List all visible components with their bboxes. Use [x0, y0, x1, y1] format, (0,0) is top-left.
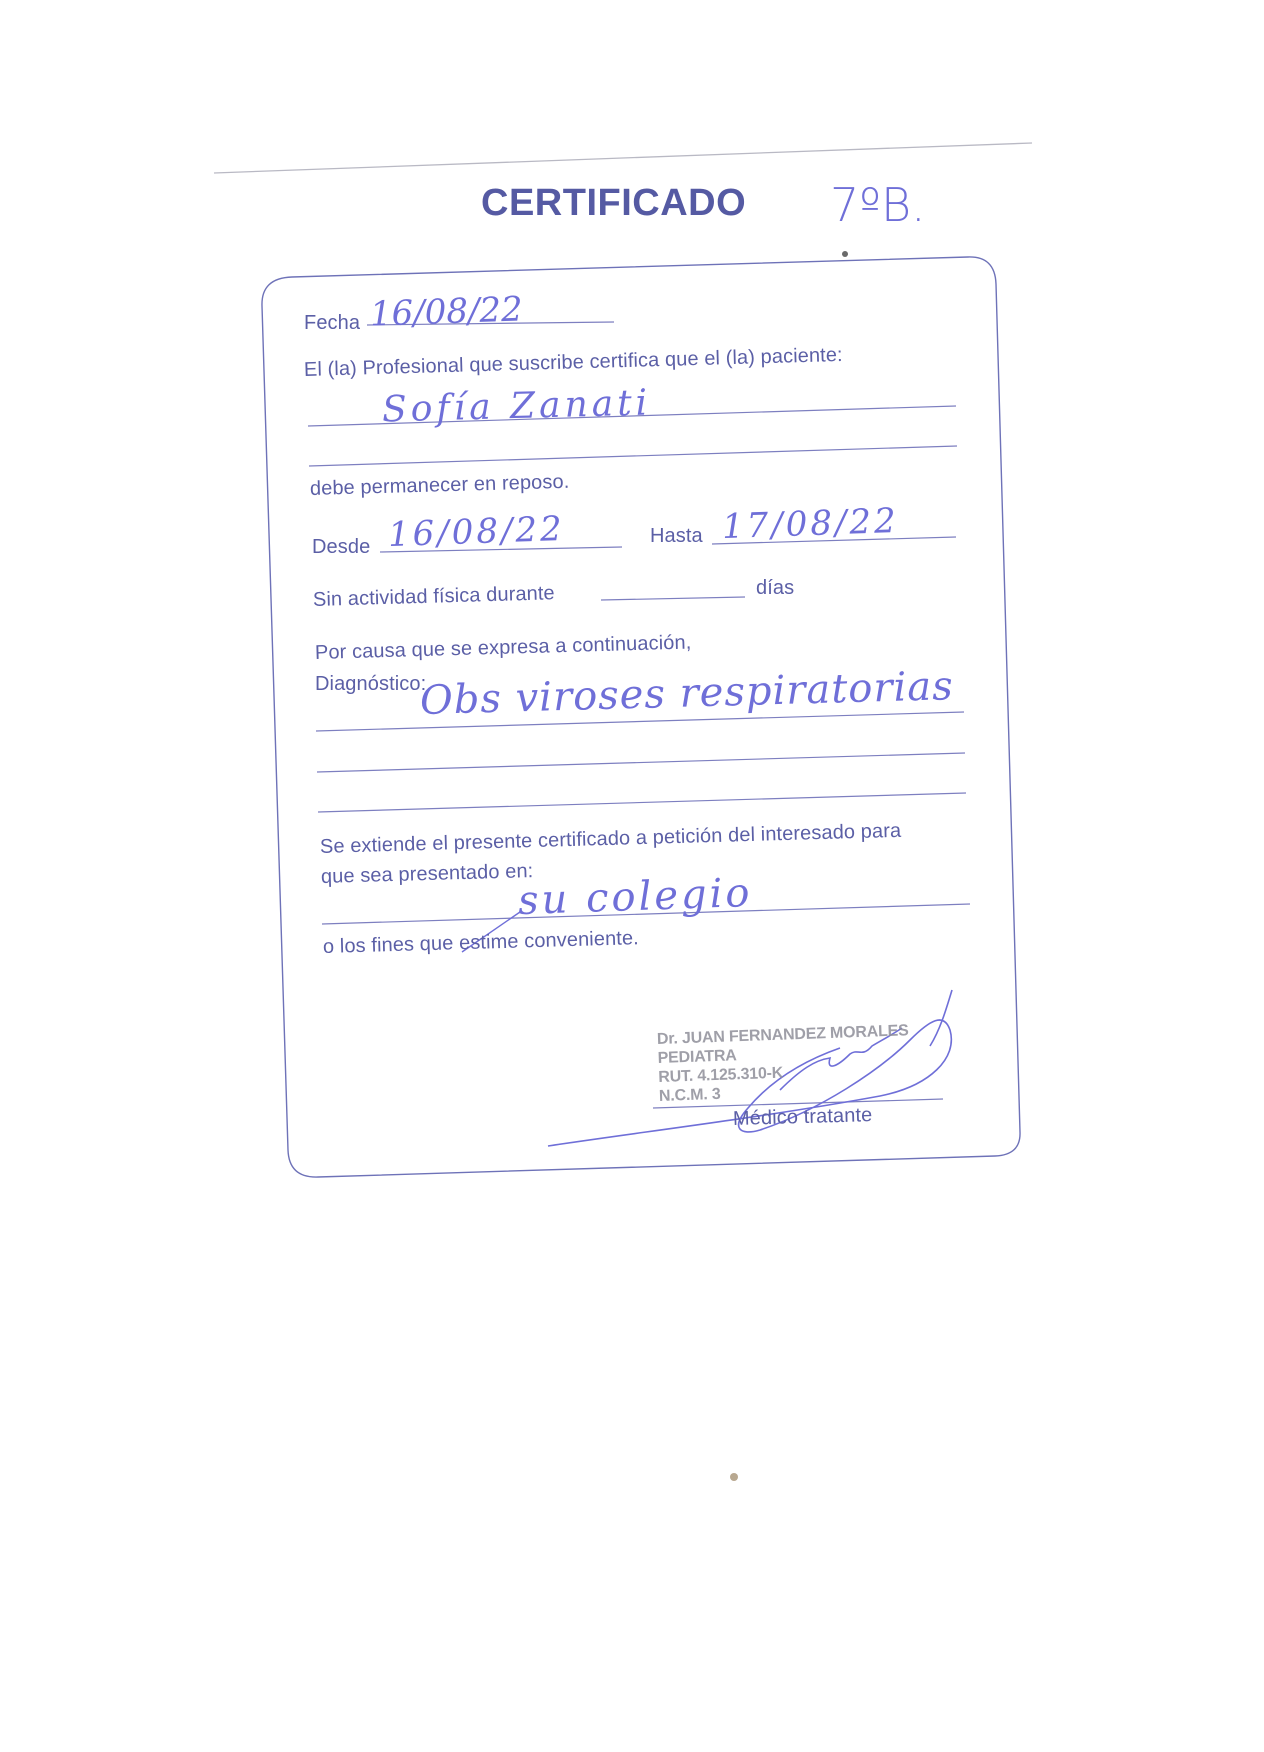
cut-line — [214, 143, 1032, 173]
hasta-value[interactable]: 17/08/22 — [721, 501, 899, 547]
patient-name[interactable]: Sofía Zanati — [382, 382, 652, 430]
desde-value[interactable]: 16/08/22 — [387, 509, 565, 555]
diagnostico-line-2 — [317, 753, 965, 772]
stray-mark — [730, 1473, 738, 1481]
presentado-en-value[interactable]: su colegio — [517, 870, 753, 924]
margin-note: 7ºB. — [830, 178, 926, 232]
sin-actividad-line — [601, 597, 745, 600]
page-title: CERTIFICADO — [481, 182, 746, 225]
doctor-stamp: Dr. JUAN FERNANDEZ MORALES PEDIATRA RUT.… — [657, 1021, 911, 1106]
hasta-label: Hasta — [650, 525, 703, 548]
dias-label: días — [756, 577, 794, 600]
desde-label: Desde — [312, 536, 370, 559]
fecha-value[interactable]: 16/08/22 — [369, 289, 523, 334]
patient-line-2 — [309, 446, 957, 466]
fecha-label: Fecha — [304, 312, 360, 335]
diagnostico-line-3 — [318, 793, 966, 812]
diagnostico-label: Diagnóstico: — [315, 673, 426, 696]
stray-mark — [842, 251, 848, 257]
medico-tratante-label: Médico tratante — [733, 1104, 873, 1131]
